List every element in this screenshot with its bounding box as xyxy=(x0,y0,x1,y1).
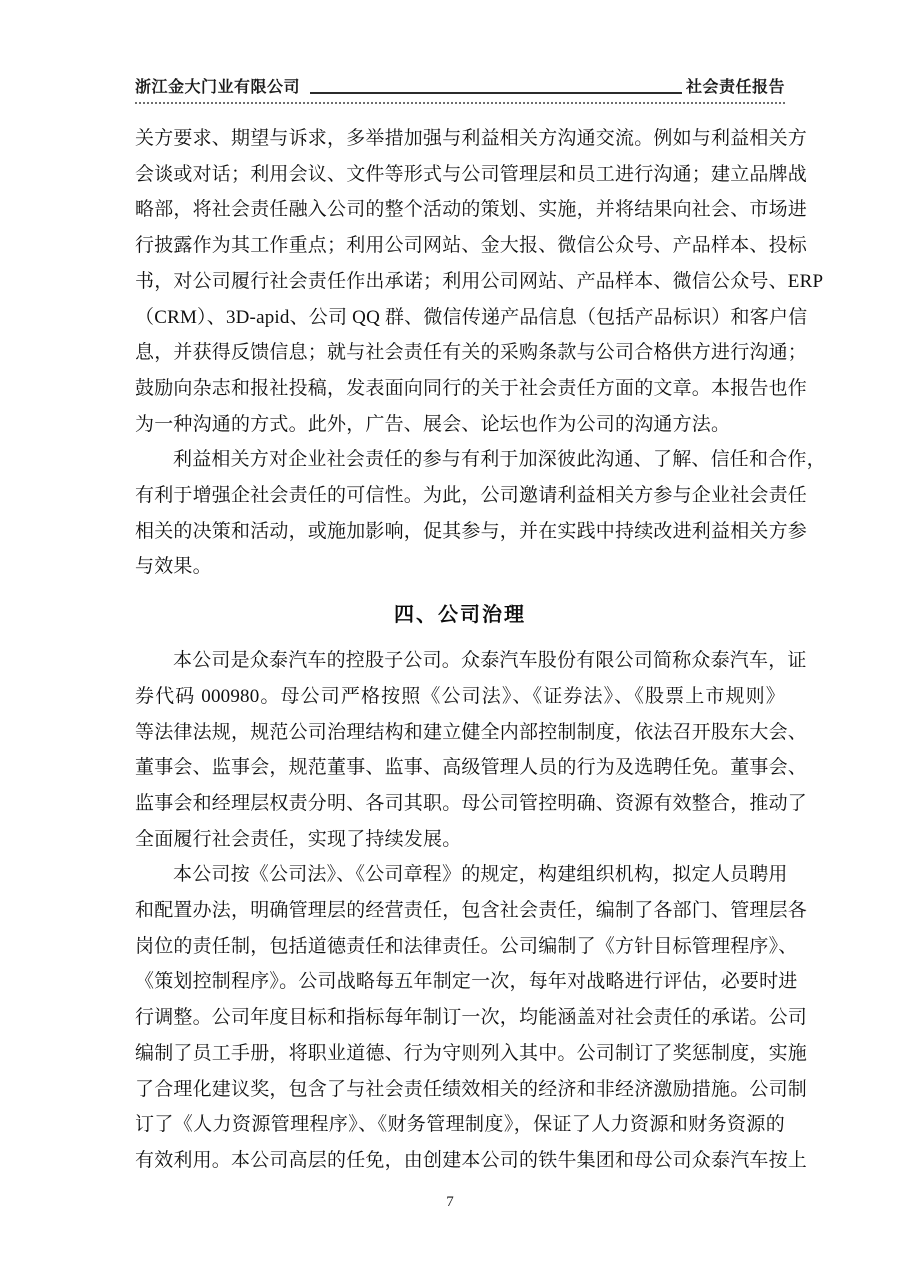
body-line: 利益相关方对企业社会责任的参与有利于加深彼此沟通、了解、信任和合作， xyxy=(135,442,785,478)
page-number: 7 xyxy=(446,1194,454,1210)
body-line: 编制了员工手册，将职业道德、行为守则列入其中。公司制订了奖惩制度，实施 xyxy=(135,1036,785,1072)
page-header: 浙江金大门业有限公司 社会责任报告 xyxy=(135,74,785,104)
body-line: 书，对公司履行社会责任作出承诺；利用公司网站、产品样本、微信公众号、ERP xyxy=(135,264,785,300)
body-line: 会谈或对话；利用会议、文件等形式与公司管理层和员工进行沟通；建立品牌战 xyxy=(135,157,785,193)
page-header-row: 浙江金大门业有限公司 社会责任报告 xyxy=(135,74,785,97)
body-line: 略部，将社会责任融入公司的整个活动的策划、实施，并将结果向社会、市场进 xyxy=(135,192,785,228)
body-line: 为一种沟通的方式。此外，广告、展会、论坛也作为公司的沟通方法。 xyxy=(135,407,785,443)
body-line: 全面履行社会责任，实现了持续发展。 xyxy=(135,822,785,858)
body-line: 监事会和经理层权责分明、各司其职。母公司管控明确、资源有效整合，推动了 xyxy=(135,786,785,822)
header-baseline-rule xyxy=(310,92,682,94)
body-line: 等法律法规，规范公司治理结构和建立健全内部控制制度，依法召开股东大会、 xyxy=(135,715,785,751)
body-line: 董事会、监事会，规范董事、监事、高级管理人员的行为及选聘任免。董事会、 xyxy=(135,750,785,786)
body-line: （CRM）、3D-apid、公司 QQ 群、微信传递产品信息（包括产品标识）和客… xyxy=(135,300,785,336)
body-line: 鼓励向杂志和报社投稿，发表面向同行的关于社会责任方面的文章。本报告也作 xyxy=(135,371,785,407)
body-line: 行披露作为其工作重点；利用公司网站、金大报、微信公众号、产品样本、投标 xyxy=(135,228,785,264)
header-dotted-rule xyxy=(135,102,785,104)
section-heading: 四、公司治理 xyxy=(135,597,785,633)
body-line: 和配置办法，明确管理层的经营责任，包含社会责任，编制了各部门、管理层各 xyxy=(135,893,785,929)
body-line: 券代码 000980。母公司严格按照《公司法》、《证券法》、《股票上市规则》 xyxy=(135,679,785,715)
body-line: 岗位的责任制，包括道德责任和法律责任。公司编制了《方针目标管理程序》、 xyxy=(135,929,785,965)
body-line: 相关的决策和活动，或施加影响，促其参与，并在实践中持续改进利益相关方参 xyxy=(135,514,785,550)
body-line: 有利于增强企社会责任的可信性。为此，公司邀请利益相关方参与企业社会责任 xyxy=(135,478,785,514)
body-line: 本公司按《公司法》、《公司章程》的规定，构建组织机构，拟定人员聘用 xyxy=(135,857,785,893)
body-line: 息，并获得反馈信息；就与社会责任有关的采购条款与公司合格供方进行沟通； xyxy=(135,335,785,371)
header-company-name: 浙江金大门业有限公司 xyxy=(135,74,300,97)
body-line: 了合理化建议奖，包含了与社会责任绩效相关的经济和非经济激励措施。公司制 xyxy=(135,1072,785,1108)
document-body: 关方要求、期望与诉求，多举措加强与利益相关方沟通交流。例如与利益相关方 会谈或对… xyxy=(135,121,785,1179)
document-page: 浙江金大门业有限公司 社会责任报告 关方要求、期望与诉求，多举措加强与利益相关方… xyxy=(0,0,900,1261)
body-line: 本公司是众泰汽车的控股子公司。众泰汽车股份有限公司简称众泰汽车，证 xyxy=(135,643,785,679)
page-footer: 7 xyxy=(0,1194,900,1211)
body-line: 行调整。公司年度目标和指标每年制订一次，均能涵盖对社会责任的承诺。公司 xyxy=(135,1000,785,1036)
body-line: 订了《人力资源管理程序》、《财务管理制度》，保证了人力资源和财务资源的 xyxy=(135,1107,785,1143)
body-line: 《策划控制程序》。公司战略每五年制定一次，每年对战略进行评估，必要时进 xyxy=(135,964,785,1000)
body-line: 与效果。 xyxy=(135,549,785,585)
header-report-title: 社会责任报告 xyxy=(686,74,785,97)
body-line: 关方要求、期望与诉求，多举措加强与利益相关方沟通交流。例如与利益相关方 xyxy=(135,121,785,157)
body-line: 有效利用。本公司高层的任免，由创建本公司的铁牛集团和母公司众泰汽车按上 xyxy=(135,1143,785,1179)
